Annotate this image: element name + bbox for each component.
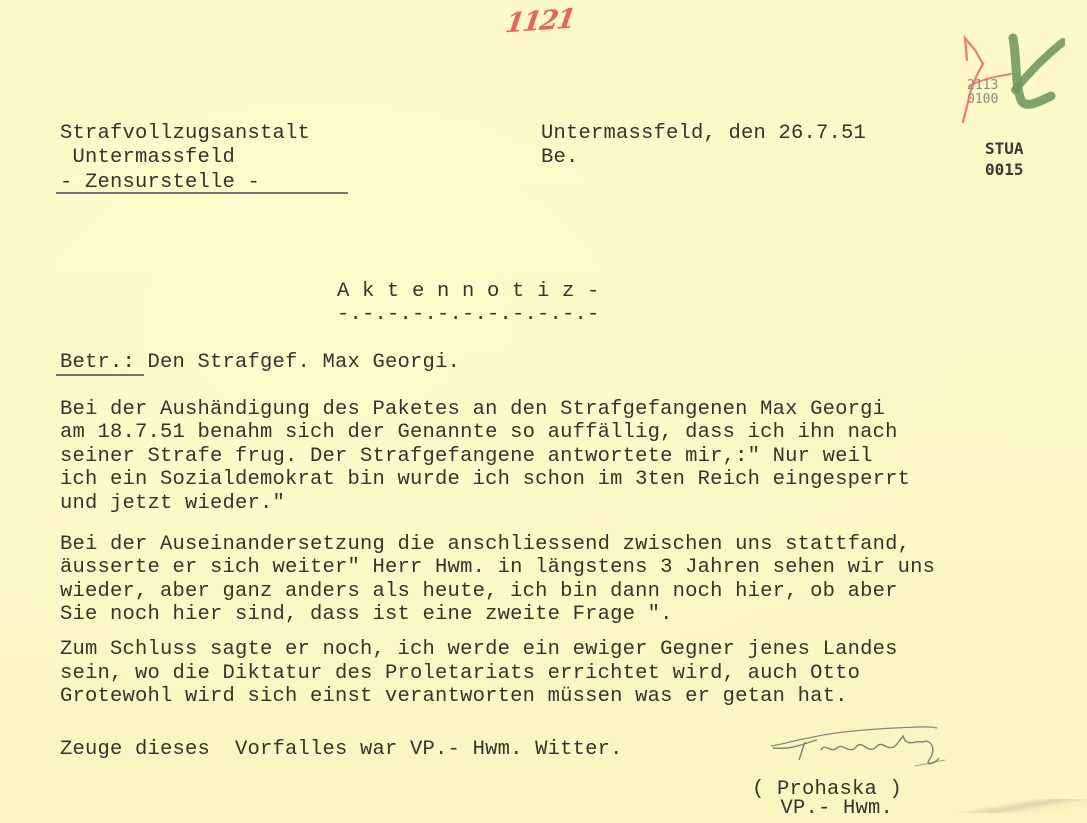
paragraph-2-line: äusserte er sich weiter" Herr Hwm. in lä… [60, 556, 935, 580]
reference-initials: Be. [541, 146, 579, 170]
archive-code-line-1: STUA [985, 139, 1024, 158]
sender-line-1: Strafvollzugsanstalt [60, 122, 310, 146]
paragraph-1-line: am 18.7.51 benahm sich der Genannte so a… [60, 421, 898, 445]
paragraph-3-line: Zum Schluss sagte er noch, ich werde ein… [60, 638, 898, 662]
paragraph-1-line: seiner Strafe frug. Der Strafgefangene a… [60, 445, 873, 469]
paragraph-2-line: wieder, aber ganz anders als heute, ich … [60, 580, 898, 604]
paragraph-1-line: ich ein Sozialdemokrat bin wurde ich sch… [60, 468, 910, 492]
subject-label-underline [56, 374, 144, 376]
place-date-line: Untermassfeld, den 26.7.51 [541, 122, 866, 146]
handwritten-archive-number: 1121 [503, 4, 575, 40]
paragraph-1-line: Bei der Aushändigung des Paketes an den … [60, 398, 885, 422]
title-divider: -.-.-.-.-.-.-.-.-.-.- [337, 303, 600, 326]
subject-line: Betr.: Den Strafgef. Max Georgi. [60, 351, 460, 375]
sender-underline [56, 192, 348, 194]
subject-text: Den Strafgef. Max Georgi. [135, 351, 460, 374]
signatory-rank: VP.- Hwm. [768, 799, 893, 819]
witness-line: Zeuge dieses Vorfalles war VP.- Hwm. Wit… [60, 738, 623, 762]
check-mark-icon [955, 30, 1065, 125]
paper-fold-shadow [937, 799, 1087, 813]
document-page: 1121 2113 0100 STUA 0015 Strafvollzugsan… [0, 0, 1087, 823]
archive-code: STUA 0015 [985, 138, 1024, 180]
handwritten-signature [765, 720, 955, 780]
paragraph-3-line: sein, wo die Diktatur des Proletariats e… [60, 662, 860, 686]
paragraph-2-line: Bei der Auseinandersetzung die anschlies… [60, 533, 910, 557]
sender-line-2: Untermassfeld [60, 146, 235, 170]
paragraph-1-line: und jetzt wieder." [60, 492, 285, 516]
subject-label: Betr.: [60, 351, 135, 374]
paragraph-2-line: Sie noch hier sind, dass ist eine zweite… [60, 603, 673, 627]
document-title: A k t e n n o t i z - [337, 280, 600, 304]
archive-code-line-2: 0015 [985, 160, 1024, 179]
paragraph-3-line: Grotewohl wird sich einst verantworten m… [60, 685, 848, 709]
